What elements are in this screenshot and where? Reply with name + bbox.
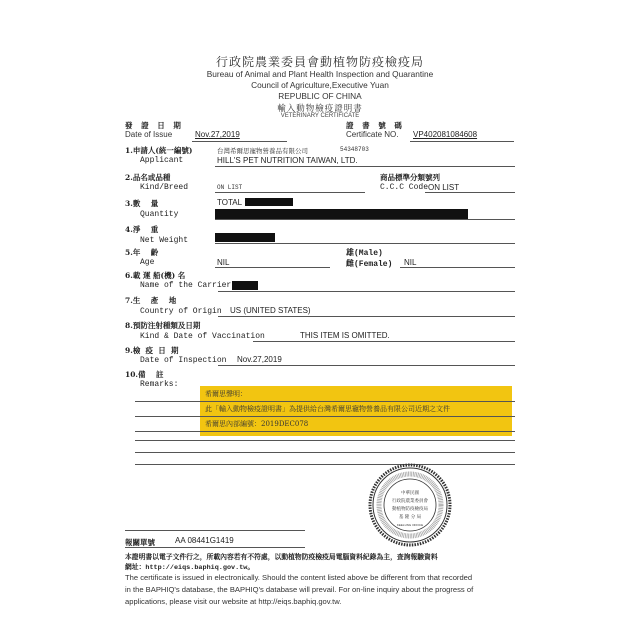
quantity-label-zh: 3.數 量 — [125, 198, 158, 209]
inspection-label: Date of Inspection — [140, 356, 226, 365]
origin-value: US (UNITED STATES) — [230, 306, 311, 315]
council-title: Council of Agriculture,Executive Yuan — [0, 80, 640, 90]
date-of-issue-value: Nov.27,2019 — [195, 130, 240, 139]
female-value: NIL — [404, 258, 416, 267]
applicant-tax-id: 54348703 — [340, 146, 369, 153]
document-title-en: VETERINARY CERTIFICATE — [0, 113, 640, 119]
inspection-value: Nov.27,2019 — [237, 355, 282, 364]
note-line-2: 此「輸入動物檢疫證明書」為提供給台灣希爾思寵物營養品有限公司近期之文件 — [205, 404, 450, 414]
redacted-net-weight — [215, 233, 275, 242]
remarks-label-zh: 10.備 註 — [125, 369, 164, 380]
age-label: Age — [140, 258, 154, 267]
applicant-name-en: HILL'S PET NUTRITION TAIWAN, LTD. — [217, 156, 358, 165]
redacted-carrier — [232, 281, 258, 290]
date-of-issue-label: Date of Issue — [125, 130, 172, 139]
quantity-value: TOTAL — [217, 198, 242, 207]
carrier-label: Name of the Carrier — [140, 281, 231, 290]
svg-text:動植物防疫檢疫局: 動植物防疫檢疫局 — [392, 505, 428, 512]
kind-value: ON LIST — [217, 184, 242, 191]
kind-label-zh: 2.品名或品種 — [125, 172, 170, 183]
customs-ref-value: AA 08441G1419 — [175, 536, 234, 545]
ccc-label-zh: 商品標準分類號列 — [380, 172, 440, 183]
note-line-3: 希爾思內部編號：2019DEC078 — [205, 419, 308, 429]
quantity-label: Quantity — [140, 210, 178, 219]
svg-text:中華民國: 中華民國 — [401, 489, 419, 496]
ccc-label: C.C.C Code — [380, 183, 428, 192]
certificate-no-value: VP402081084608 — [413, 130, 477, 139]
female-label: 雌(Female) — [346, 258, 392, 269]
net-weight-label-zh: 4.淨 重 — [125, 224, 158, 235]
vaccination-value: THIS ITEM IS OMITTED. — [300, 331, 390, 340]
remarks-label: Remarks: — [140, 380, 178, 389]
applicant-name-zh: 台灣希爾思寵物營養品有限公司 — [217, 146, 308, 155]
kind-label: Kind/Breed — [140, 183, 188, 192]
certificate-no-label: Certificate NO. — [346, 130, 398, 139]
notice-zh-line-1: 本證明書以電子文件行之，所載內容若有不符處，以動植物防疫檢疫局電腦資料紀錄為主，… — [125, 551, 438, 561]
notice-en-line-2: in the BAPHIQ's database, the BAPHIQ's d… — [125, 585, 473, 594]
country-title: REPUBLIC OF CHINA — [0, 91, 640, 101]
redacted-quantity-detail — [215, 209, 468, 219]
notice-en-line-3: applications, please visit our website a… — [125, 597, 341, 606]
age-value: NIL — [217, 258, 229, 267]
net-weight-label: Net Weight — [140, 236, 188, 245]
vaccination-label: Kind & Date of Vaccination — [140, 332, 265, 341]
applicant-label-zh: 1.申請人(統一編號) — [125, 145, 192, 156]
svg-text:基 隆 分 局: 基 隆 分 局 — [399, 513, 422, 520]
official-seal-icon: 中華民國 行政院農業委員會 動植物防疫檢疫局 基 隆 分 局 KEELUNG O… — [368, 463, 452, 547]
notice-en-line-1: The certificate is issued in electronica… — [125, 573, 472, 582]
svg-text:行政院農業委員會: 行政院農業委員會 — [392, 497, 428, 504]
svg-text:KEELUNG OFFICE: KEELUNG OFFICE — [397, 523, 423, 527]
age-label-zh: 5.年 齡 — [125, 247, 158, 258]
ccc-value: ON LIST — [428, 183, 459, 192]
agency-title-zh: 行政院農業委員會動植物防疫檢疫局 — [0, 53, 640, 70]
carrier-label-zh: 6.載 運 船(機) 名 — [125, 270, 185, 281]
inspection-label-zh: 9.檢 疫 日 期 — [125, 345, 179, 356]
agency-title-en: Bureau of Animal and Plant Health Inspec… — [0, 69, 640, 79]
redacted-quantity — [245, 198, 293, 206]
origin-label-zh: 7.生 產 地 — [125, 295, 176, 306]
applicant-label: Applicant — [140, 156, 183, 165]
notice-zh-line-2: 網址：http://eiqs.baphiq.gov.tw。 — [125, 561, 254, 572]
male-label: 雄(Male) — [346, 247, 383, 258]
vaccination-label-zh: 8.預防注射種類及日期 — [125, 320, 200, 331]
note-line-1: 希爾思聲明： — [205, 389, 247, 399]
origin-label: Country of Origin — [140, 307, 222, 316]
